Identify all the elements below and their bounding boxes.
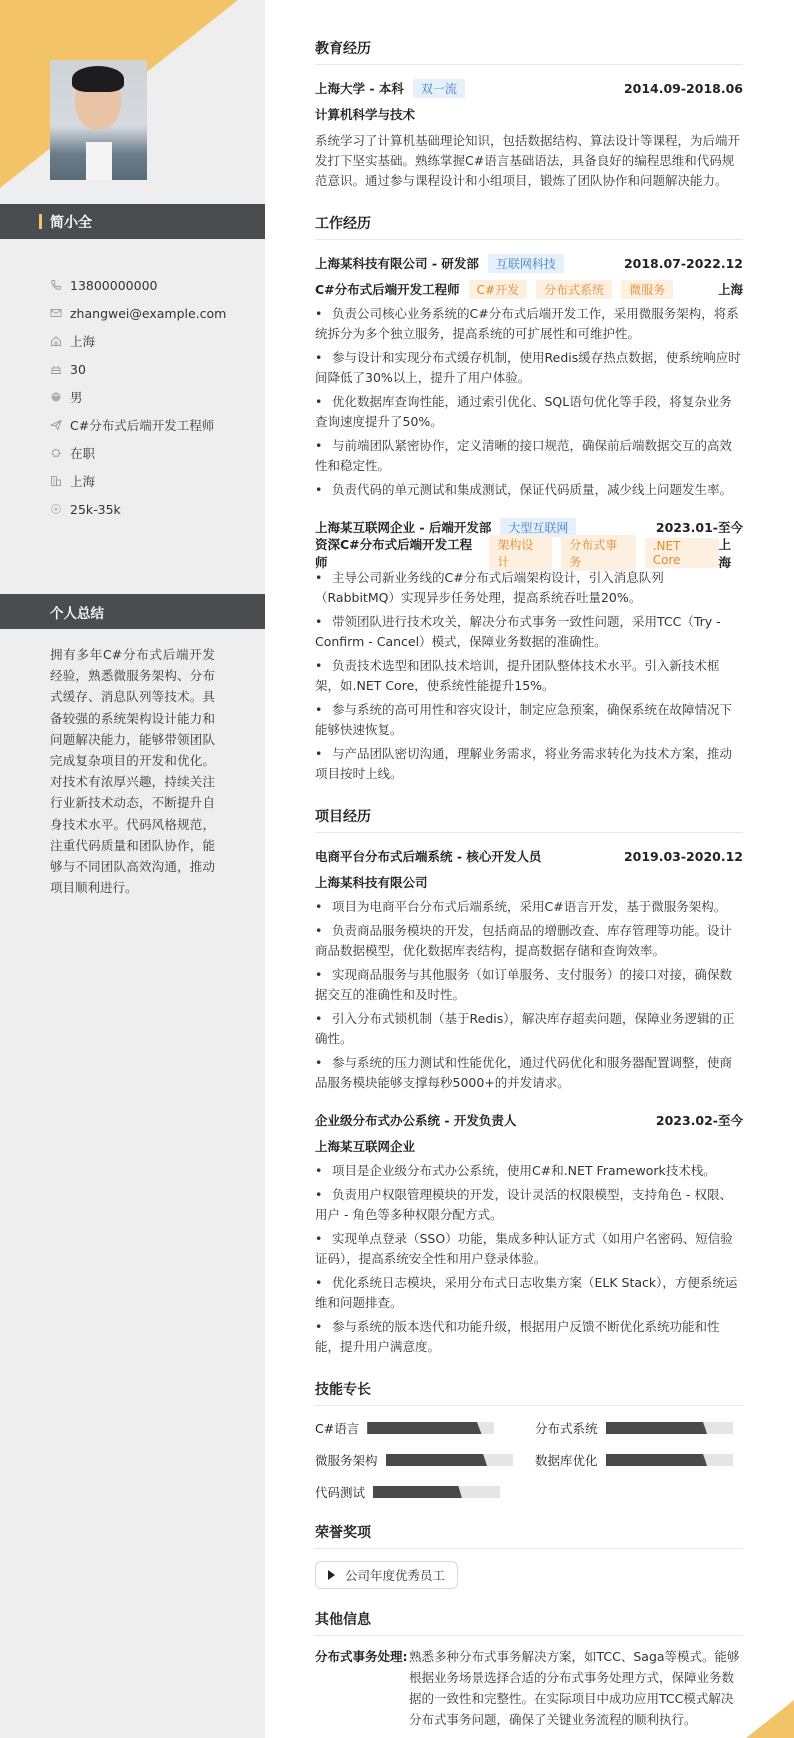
project-bullet: 参与系统的版本迭代和功能升级，根据用户反馈不断优化系统功能和性能，提升用户满意度… xyxy=(315,1317,743,1357)
other-item: 分布式事务处理: 熟悉多种分布式事务解决方案，如TCC、Saga等模式。能够根据… xyxy=(315,1646,743,1730)
award-item[interactable]: 公司年度优秀员工 xyxy=(315,1561,458,1589)
skill-bar xyxy=(367,1422,494,1434)
work-bullet: 负责代码的单元测试和集成测试，保证代码质量，减少线上问题发生率。 xyxy=(315,480,743,500)
projects-section: 项目经历 电商平台分布式后端系统 - 核心开发人员 2019.03-2020.1… xyxy=(315,806,743,1357)
skills-section: 技能专长 C#语言 分布式系统 微服务架构 数据库优化 代码测试 xyxy=(315,1379,743,1504)
work-item: 上海某科技有限公司 - 研发部 互联网科技 2018.07-2022.12 C#… xyxy=(315,250,743,500)
education-section: 教育经历 上海大学 - 本科 双一流 2014.09-2018.06 计算机科学… xyxy=(315,38,743,191)
skill-item: 微服务架构 xyxy=(315,1448,535,1472)
work-bullet: 带领团队进行技术攻关，解决分布式事务一致性问题，采用TCC（Try - Conf… xyxy=(315,612,743,652)
contact-position: C#分布式后端开发工程师 xyxy=(50,411,260,439)
project-name: 电商平台分布式后端系统 - 核心开发人员 xyxy=(315,847,541,865)
skill-tag: 分布式系统 xyxy=(536,280,612,299)
section-title: 工作经历 xyxy=(315,213,743,240)
work-bullet: 负责公司核心业务系统的C#分布式后端开发工作，采用微服务架构，将系统拆分为多个独… xyxy=(315,304,743,344)
contact-phone: 13800000000 xyxy=(50,271,260,299)
skill-bar xyxy=(373,1486,500,1498)
project-item: 电商平台分布式后端系统 - 核心开发人员 2019.03-2020.12 上海某… xyxy=(315,843,743,1093)
skill-bar xyxy=(606,1422,733,1434)
skill-item: 代码测试 xyxy=(315,1480,535,1504)
work-section: 工作经历 上海某科技有限公司 - 研发部 互联网科技 2018.07-2022.… xyxy=(315,213,743,784)
project-period: 2023.02-至今 xyxy=(656,1111,743,1129)
skill-tag: 分布式事务 xyxy=(561,535,636,571)
gear-icon xyxy=(50,447,62,459)
skill-tag: 微服务 xyxy=(621,280,673,299)
section-title: 其他信息 xyxy=(315,1609,743,1636)
section-title: 荣誉奖项 xyxy=(315,1522,743,1549)
project-item: 企业级分布式办公系统 - 开发负责人 2023.02-至今 上海某互联网企业 项… xyxy=(315,1107,743,1357)
name-header: 简小全 xyxy=(0,204,265,239)
school-name: 上海大学 - 本科 xyxy=(315,79,404,97)
name-accent-bar xyxy=(39,214,42,229)
education-period: 2014.09-2018.06 xyxy=(624,81,743,96)
contact-salary: 25k-35k xyxy=(50,495,260,523)
project-name: 企业级分布式办公系统 - 开发负责人 xyxy=(315,1111,516,1129)
skill-bar xyxy=(606,1454,733,1466)
contact-email: zhangwei@example.com xyxy=(50,299,260,327)
skill-tag: .NET Core xyxy=(645,538,719,568)
education-description: 系统学习了计算机基础理论知识，包括数据结构、算法设计等课程，为后端开发打下坚实基… xyxy=(315,131,743,191)
section-title: 项目经历 xyxy=(315,806,743,833)
project-bullet: 负责用户权限管理模块的开发，设计灵活的权限模型，支持角色 - 权限、用户 - 角… xyxy=(315,1185,743,1225)
company-name: 上海某科技有限公司 - 研发部 xyxy=(315,254,479,272)
project-bullet: 项目为电商平台分布式后端系统，采用C#语言开发，基于微服务架构。 xyxy=(315,897,743,917)
other-key: 分布式事务处理: xyxy=(315,1646,409,1730)
other-value: 熟悉多种分布式事务解决方案，如TCC、Saga等模式。能够根据业务场景选择合适的… xyxy=(409,1646,743,1730)
work-item: 上海某互联网企业 - 后端开发部 大型互联网 2023.01-至今 资深C#分布… xyxy=(315,514,743,784)
work-bullet: 负责技术选型和团队技术培训，提升团队整体技术水平。引入新技术框架，如.NET C… xyxy=(315,656,743,696)
work-bullet: 与前端团队紧密协作，定义清晰的接口规范，确保前后端数据交互的高效性和稳定性。 xyxy=(315,436,743,476)
project-bullet: 负责商品服务模块的开发，包括商品的增删改查、库存管理等功能。设计商品数据模型，优… xyxy=(315,921,743,961)
section-title: 教育经历 xyxy=(315,38,743,65)
job-role: 资深C#分布式后端开发工程师 xyxy=(315,535,480,571)
project-bullet: 实现商品服务与其他服务（如订单服务、支付服务）的接口对接，确保数据交互的准确性和… xyxy=(315,965,743,1005)
gender-icon xyxy=(50,391,62,403)
section-title: 技能专长 xyxy=(315,1379,743,1406)
contact-gender: 男 xyxy=(50,383,260,411)
skill-item: 数据库优化 xyxy=(535,1448,743,1472)
major: 计算机科学与技术 xyxy=(315,101,743,127)
skill-tag: C#开发 xyxy=(469,280,527,299)
decorative-corner xyxy=(746,1700,794,1738)
skill-bar xyxy=(386,1454,513,1466)
contact-status: 在职 xyxy=(50,439,260,467)
project-bullet: 项目是企业级分布式办公系统，使用C#和.NET Framework技术栈。 xyxy=(315,1161,743,1181)
candidate-name: 简小全 xyxy=(50,212,92,232)
main-content: 教育经历 上海大学 - 本科 双一流 2014.09-2018.06 计算机科学… xyxy=(315,38,743,1730)
profile-photo xyxy=(50,60,147,180)
project-bullet: 参与系统的压力测试和性能优化，通过代码优化和服务器配置调整，使商品服务模块能够支… xyxy=(315,1053,743,1093)
project-bullet: 优化系统日志模块，采用分布式日志收集方案（ELK Stack），方便系统运维和问… xyxy=(315,1273,743,1313)
company-name: 上海某互联网企业 - 后端开发部 xyxy=(315,518,491,536)
work-period: 2018.07-2022.12 xyxy=(624,256,743,271)
project-bullet: 引入分布式锁机制（基于Redis），解决库存超卖问题，保障业务逻辑的正确性。 xyxy=(315,1009,743,1049)
work-period: 2023.01-至今 xyxy=(656,518,743,536)
salary-icon xyxy=(50,503,62,515)
work-bullet: 与产品团队密切沟通，理解业务需求，将业务需求转化为技术方案，推动项目按时上线。 xyxy=(315,744,743,784)
work-city: 上海 xyxy=(719,535,744,571)
send-icon xyxy=(50,419,62,431)
caret-right-icon xyxy=(328,1570,335,1580)
project-company: 上海某科技有限公司 xyxy=(315,869,743,895)
building-icon xyxy=(50,475,62,487)
contact-age: 30 xyxy=(50,355,260,383)
work-city: 上海 xyxy=(718,280,743,298)
work-bullet: 参与系统的高可用性和容灾设计，制定应急预案，确保系统在故障情况下能够快速恢复。 xyxy=(315,700,743,740)
summary-header: 个人总结 xyxy=(0,594,265,629)
other-section: 其他信息 分布式事务处理: 熟悉多种分布式事务解决方案，如TCC、Saga等模式… xyxy=(315,1609,743,1730)
awards-section: 荣誉奖项 公司年度优秀员工 xyxy=(315,1522,743,1589)
phone-icon xyxy=(50,279,62,291)
job-role: C#分布式后端开发工程师 xyxy=(315,280,460,298)
skill-item: C#语言 xyxy=(315,1416,535,1440)
home-icon xyxy=(50,335,62,347)
sidebar: 简小全 13800000000 zhangwei@example.com 上海 … xyxy=(0,0,265,1738)
contact-city: 上海 xyxy=(50,467,260,495)
work-bullet: 优化数据库查询性能，通过索引优化、SQL语句优化等手段，将复杂业务查询速度提升了… xyxy=(315,392,743,432)
industry-tag: 大型互联网 xyxy=(500,518,576,537)
work-bullet: 参与设计和实现分布式缓存机制，使用Redis缓存热点数据，使系统响应时间降低了3… xyxy=(315,348,743,388)
school-tag: 双一流 xyxy=(413,79,465,98)
contact-list: 13800000000 zhangwei@example.com 上海 30 男… xyxy=(50,271,260,523)
project-bullet: 实现单点登录（SSO）功能，集成多种认证方式（如用户名密码、短信验证码），提高系… xyxy=(315,1229,743,1269)
contact-location: 上海 xyxy=(50,327,260,355)
age-icon xyxy=(50,363,62,375)
skill-tag: 架构设计 xyxy=(489,535,552,571)
industry-tag: 互联网科技 xyxy=(488,254,564,273)
project-period: 2019.03-2020.12 xyxy=(624,849,743,864)
project-company: 上海某互联网企业 xyxy=(315,1133,743,1159)
summary-text: 拥有多年C#分布式后端开发经验，熟悉微服务架构、分布式缓存、消息队列等技术。具备… xyxy=(50,644,215,898)
skill-item: 分布式系统 xyxy=(535,1416,743,1440)
mail-icon xyxy=(50,307,62,319)
work-bullet: 主导公司新业务线的C#分布式后端架构设计，引入消息队列（RabbitMQ）实现异… xyxy=(315,568,743,608)
